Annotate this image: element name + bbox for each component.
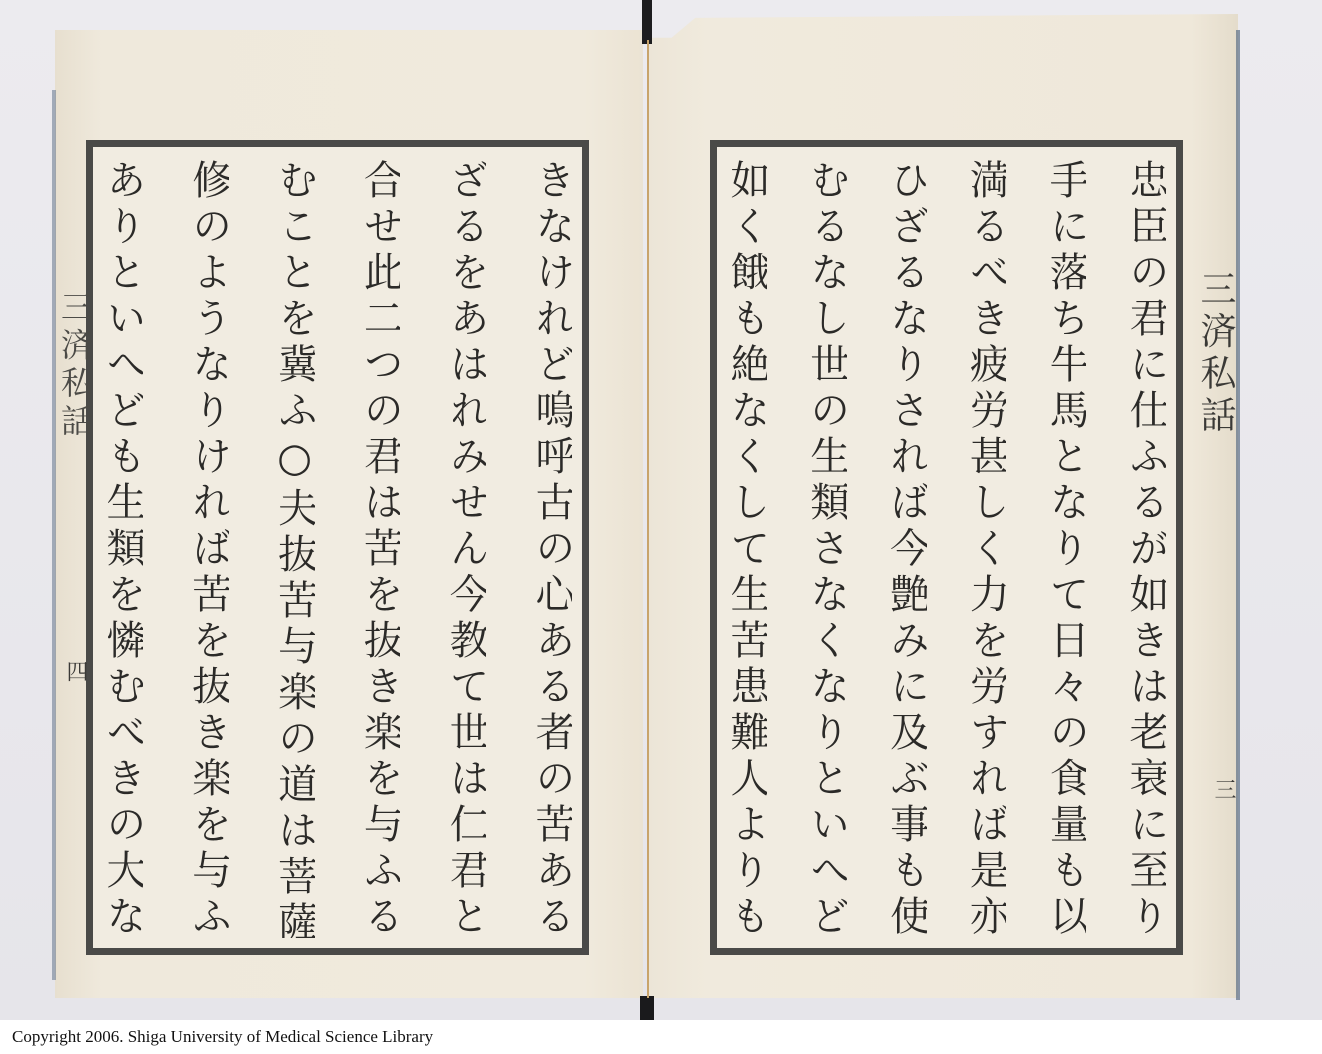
- right-page-text-frame: 忠臣の君に仕ふるが如きは老衰に至りても下民の 手に落ち牛馬となりて日々の食量も以…: [710, 140, 1183, 955]
- right-margin-title: 三済私話: [1190, 270, 1241, 438]
- text-column: むるなし世の生類さなくなりといへども此二物の: [807, 159, 847, 938]
- text-column: きなけれど嗚呼古の心ある者の苦あるに志のび: [532, 159, 572, 938]
- text-column: 合せ此二つの君は苦を抜き楽を与ふる事をなさ: [360, 159, 400, 938]
- left-margin-title: 三済私話: [52, 290, 98, 442]
- left-page-columns: きなけれど嗚呼古の心ある者の苦あるに志のび ざるをあはれみせん今教て世は仁君と共…: [103, 159, 572, 938]
- binding-gutter-top: [642, 0, 652, 44]
- text-column: 手に落ち牛馬となりて日々の食量も以苦の中にて: [1046, 159, 1086, 938]
- scanned-book-spread: 忠臣の君に仕ふるが如きは老衰に至りても下民の 手に落ち牛馬となりて日々の食量も以…: [0, 0, 1322, 1020]
- text-column: 修のようなりければ苦を抜き楽を与ふる世に種々: [189, 159, 229, 938]
- text-column: ひざるなりされば今艶みに及ぶ事も使役や: [887, 159, 927, 938]
- right-cover-edge: [1236, 30, 1240, 1000]
- right-page-columns: 忠臣の君に仕ふるが如きは老衰に至りても下民の 手に落ち牛馬となりて日々の食量も以…: [727, 159, 1166, 938]
- text-column: むことを冀ふ○夫抜苦与楽の道は菩薩行の学: [275, 159, 315, 938]
- page-fold-line: [647, 40, 649, 998]
- left-page-number: 四: [60, 660, 91, 682]
- text-column: ありといへども生類を憐むべきの大なる此二物なるべく: [103, 159, 143, 938]
- binding-gutter-bottom: [640, 996, 654, 1020]
- text-column: 忠臣の君に仕ふるが如きは老衰に至りても下民の: [1126, 159, 1166, 938]
- text-column: 如く餓も絶なくして生苦患難人よりも甚し: [727, 159, 767, 938]
- right-page-number: 三: [1208, 778, 1239, 800]
- copyright-notice: Copyright 2006. Shiga University of Medi…: [0, 1020, 1322, 1054]
- text-column: ざるをあはれみせん今教て世は仁君と共に心を: [446, 159, 486, 938]
- left-page-text-frame: きなけれど嗚呼古の心ある者の苦あるに志のび ざるをあはれみせん今教て世は仁君と共…: [86, 140, 589, 955]
- text-column: 満るべき疲労甚しく力を労すれば是亦つかれて思: [966, 159, 1006, 938]
- left-cover-edge: [52, 90, 56, 980]
